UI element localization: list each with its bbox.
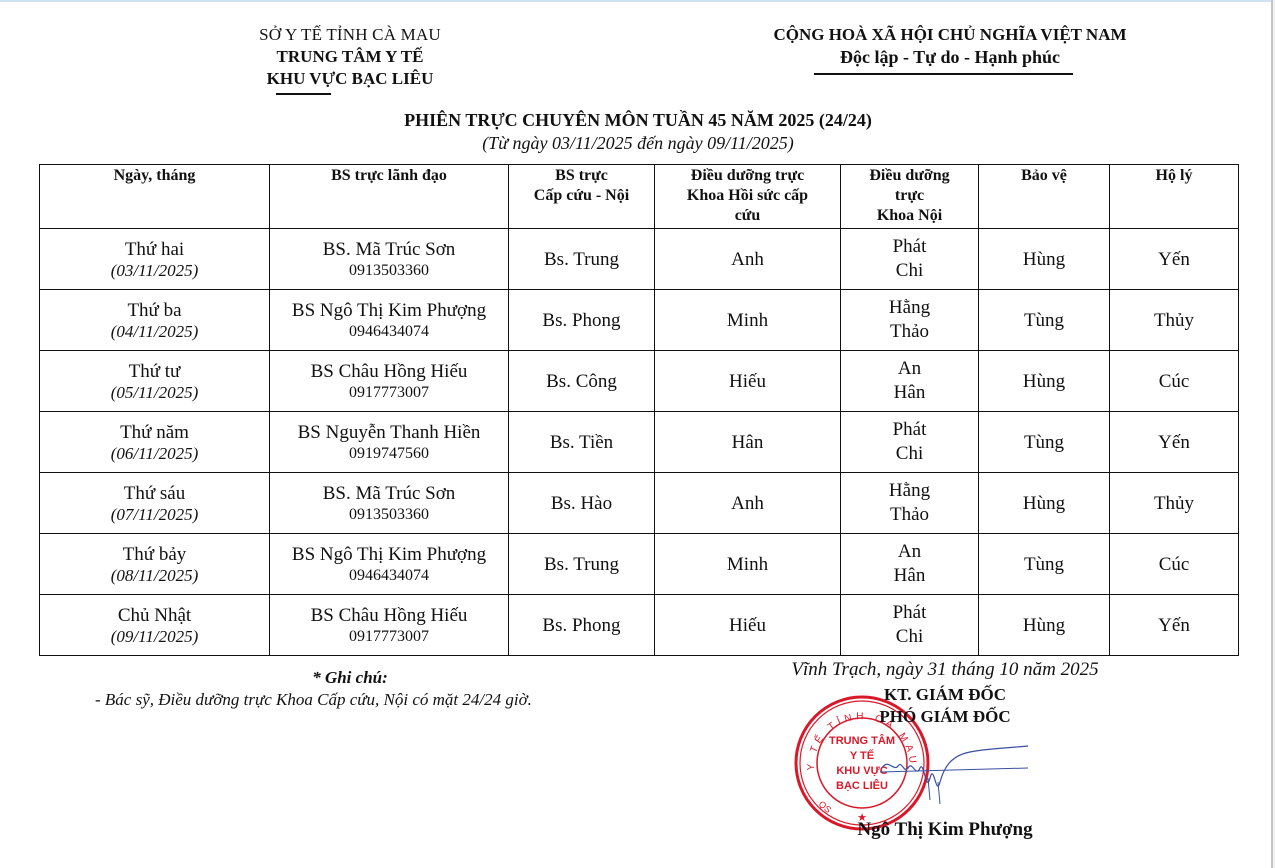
- column-header: Điều dưỡngtrựcKhoa Nội: [841, 165, 979, 229]
- icu-nurse-name: Hiếu: [655, 370, 840, 393]
- orderly-cell: Thủy: [1110, 473, 1239, 534]
- day-name: Thứ hai: [40, 238, 269, 261]
- internal-nurse-cell: PhátChi: [841, 229, 979, 290]
- leader-name: BS Ngô Thị Kim Phượng: [270, 543, 508, 566]
- icu-nurse-cell: Hiếu: [655, 351, 841, 412]
- column-header: Hộ lý: [1110, 165, 1239, 229]
- day-name: Thứ ba: [40, 299, 269, 322]
- center-region: KHU VỰC BẠC LIÊU: [200, 68, 500, 90]
- internal-nurse-name: Phát: [841, 601, 978, 625]
- leader-phone: 0946434074: [270, 322, 508, 342]
- er-doctor-cell: Bs. Phong: [509, 290, 655, 351]
- icu-nurse-cell: Hiếu: [655, 595, 841, 656]
- day-name: Thứ sáu: [40, 482, 269, 505]
- er-doctor-name: Bs. Phong: [509, 309, 654, 332]
- guard-name: Tùng: [979, 431, 1109, 454]
- table-row: Thứ ba(04/11/2025)BS Ngô Thị Kim Phượng0…: [40, 290, 1239, 351]
- day-cell: Thứ sáu(07/11/2025): [40, 473, 270, 534]
- internal-nurse-name: Phát: [841, 418, 978, 442]
- leader-name: BS Nguyễn Thanh Hiền: [270, 421, 508, 444]
- day-date: (09/11/2025): [40, 627, 269, 647]
- er-doctor-name: Bs. Hào: [509, 492, 654, 515]
- internal-nurse-name: Hằng: [841, 296, 978, 320]
- icu-nurse-name: Anh: [655, 492, 840, 515]
- column-header-text: Khoa Nội: [841, 206, 978, 226]
- column-header: BS trực lãnh đạo: [270, 165, 509, 229]
- guard-cell: Hùng: [979, 595, 1110, 656]
- day-cell: Thứ ba(04/11/2025): [40, 290, 270, 351]
- er-doctor-cell: Bs. Công: [509, 351, 655, 412]
- column-header-text: Bảo vệ: [979, 166, 1109, 186]
- table-row: Thứ hai(03/11/2025)BS. Mã Trúc Sơn091350…: [40, 229, 1239, 290]
- orderly-cell: Yến: [1110, 412, 1239, 473]
- guard-cell: Tùng: [979, 290, 1110, 351]
- column-header-text: Khoa Hồi sức cấp: [655, 186, 840, 206]
- leader-name: BS Ngô Thị Kim Phượng: [270, 299, 508, 322]
- leader-phone: 0946434074: [270, 566, 508, 586]
- internal-nurse-cell: PhátChi: [841, 412, 979, 473]
- icu-nurse-cell: Hân: [655, 412, 841, 473]
- leader-name: BS. Mã Trúc Sơn: [270, 482, 508, 505]
- leader-cell: BS Châu Hồng Hiếu0917773007: [270, 351, 509, 412]
- day-date: (07/11/2025): [40, 505, 269, 525]
- leader-cell: BS Châu Hồng Hiếu0917773007: [270, 595, 509, 656]
- guard-cell: Tùng: [979, 534, 1110, 595]
- document-subtitle: (Từ ngày 03/11/2025 đến ngày 09/11/2025): [300, 132, 976, 154]
- er-doctor-name: Bs. Công: [509, 370, 654, 393]
- icu-nurse-name: Minh: [655, 309, 840, 332]
- er-doctor-name: Bs. Trung: [509, 248, 654, 271]
- signer-name: Ngô Thị Kim Phượng: [800, 819, 1090, 841]
- icu-nurse-name: Anh: [655, 248, 840, 271]
- icu-nurse-name: Minh: [655, 553, 840, 576]
- er-doctor-cell: Bs. Tiền: [509, 412, 655, 473]
- orderly-cell: Yến: [1110, 595, 1239, 656]
- day-date: (08/11/2025): [40, 566, 269, 586]
- internal-nurse-name: Hằng: [841, 479, 978, 503]
- leader-cell: BS. Mã Trúc Sơn0913503360: [270, 229, 509, 290]
- er-doctor-cell: Bs. Phong: [509, 595, 655, 656]
- guard-name: Tùng: [979, 553, 1109, 576]
- internal-nurse-name: Phát: [841, 235, 978, 259]
- day-name: Thứ bảy: [40, 543, 269, 566]
- leader-cell: BS Nguyễn Thanh Hiền0919747560: [270, 412, 509, 473]
- document-title: PHIÊN TRỰC CHUYÊN MÔN TUẦN 45 NĂM 2025 (…: [300, 109, 976, 131]
- icu-nurse-cell: Minh: [655, 290, 841, 351]
- handwritten-signature: [880, 738, 1030, 808]
- orderly-name: Cúc: [1110, 553, 1238, 576]
- internal-nurse-cell: HằngThảo: [841, 473, 979, 534]
- day-cell: Thứ tư(05/11/2025): [40, 351, 270, 412]
- icu-nurse-cell: Anh: [655, 473, 841, 534]
- leader-phone: 0917773007: [270, 383, 508, 403]
- column-header-text: Ngày, tháng: [40, 166, 269, 186]
- column-header: Ngày, tháng: [40, 165, 270, 229]
- orderly-name: Yến: [1110, 431, 1238, 454]
- column-header-text: Hộ lý: [1110, 166, 1238, 186]
- internal-nurse-cell: PhátChi: [841, 595, 979, 656]
- internal-nurse-name: Chi: [841, 625, 978, 649]
- guard-name: Hùng: [979, 370, 1109, 393]
- day-cell: Thứ năm(06/11/2025): [40, 412, 270, 473]
- column-header-text: trực: [841, 186, 978, 206]
- orderly-cell: Cúc: [1110, 351, 1239, 412]
- icu-nurse-cell: Minh: [655, 534, 841, 595]
- table-row: Thứ sáu(07/11/2025)BS. Mã Trúc Sơn091350…: [40, 473, 1239, 534]
- er-doctor-name: Bs. Phong: [509, 614, 654, 637]
- leader-cell: BS. Mã Trúc Sơn0913503360: [270, 473, 509, 534]
- column-header-text: Điều dưỡng: [841, 166, 978, 186]
- leader-name: BS Châu Hồng Hiếu: [270, 360, 508, 383]
- internal-nurse-name: An: [841, 540, 978, 564]
- orderly-cell: Yến: [1110, 229, 1239, 290]
- leader-phone: 0913503360: [270, 261, 508, 281]
- note-title: * Ghi chú:: [240, 668, 460, 688]
- icu-nurse-name: Hiếu: [655, 614, 840, 637]
- er-doctor-name: Bs. Trung: [509, 553, 654, 576]
- day-name: Chủ Nhật: [40, 604, 269, 627]
- svg-text:Y TẾ: Y TẾ: [850, 749, 874, 762]
- internal-nurse-cell: AnHân: [841, 351, 979, 412]
- guard-name: Hùng: [979, 492, 1109, 515]
- day-date: (04/11/2025): [40, 322, 269, 342]
- leader-name: BS. Mã Trúc Sơn: [270, 238, 508, 261]
- center-name: TRUNG TÂM Y TẾ: [200, 46, 500, 68]
- note-text: - Bác sỹ, Điều dưỡng trực Khoa Cấp cứu, …: [95, 690, 532, 710]
- column-header: BS trựcCấp cứu - Nội: [509, 165, 655, 229]
- internal-nurse-cell: AnHân: [841, 534, 979, 595]
- day-cell: Thứ hai(03/11/2025): [40, 229, 270, 290]
- guard-name: Tùng: [979, 309, 1109, 332]
- column-header-text: Điều dưỡng trực: [655, 166, 840, 186]
- internal-nurse-name: Thảo: [841, 503, 978, 527]
- guard-name: Hùng: [979, 248, 1109, 271]
- table-row: Thứ tư(05/11/2025)BS Châu Hồng Hiếu09177…: [40, 351, 1239, 412]
- agency-header: SỞ Y TẾ TỈNH CÀ MAU TRUNG TÂM Y TẾ KHU V…: [200, 24, 500, 90]
- agency-underline: [276, 93, 331, 95]
- place-and-date: Vĩnh Trạch, ngày 31 tháng 10 năm 2025: [760, 659, 1130, 681]
- guard-cell: Hùng: [979, 229, 1110, 290]
- country-name: CỘNG HOÀ XÃ HỘI CHỦ NGHĨA VIỆT NAM: [700, 24, 1200, 46]
- orderly-name: Yến: [1110, 614, 1238, 637]
- table-row: Thứ bảy(08/11/2025)BS Ngô Thị Kim Phượng…: [40, 534, 1239, 595]
- guard-cell: Hùng: [979, 473, 1110, 534]
- er-doctor-cell: Bs. Trung: [509, 534, 655, 595]
- orderly-name: Cúc: [1110, 370, 1238, 393]
- day-cell: Chủ Nhật(09/11/2025): [40, 595, 270, 656]
- guard-cell: Hùng: [979, 351, 1110, 412]
- day-date: (06/11/2025): [40, 444, 269, 464]
- orderly-cell: Thủy: [1110, 290, 1239, 351]
- day-cell: Thứ bảy(08/11/2025): [40, 534, 270, 595]
- orderly-name: Thủy: [1110, 492, 1238, 515]
- leader-cell: BS Ngô Thị Kim Phượng0946434074: [270, 534, 509, 595]
- column-header-text: cứu: [655, 206, 840, 226]
- department-name: SỞ Y TẾ TỈNH CÀ MAU: [200, 24, 500, 46]
- column-header-text: BS trực lãnh đạo: [270, 166, 508, 186]
- guard-cell: Tùng: [979, 412, 1110, 473]
- day-date: (03/11/2025): [40, 261, 269, 281]
- er-doctor-name: Bs. Tiền: [509, 431, 654, 454]
- duty-schedule-table: Ngày, thángBS trực lãnh đạoBS trựcCấp cứ…: [39, 164, 1239, 656]
- signer-role-line2: PHÓ GIÁM ĐỐC: [800, 707, 1090, 727]
- day-name: Thứ năm: [40, 421, 269, 444]
- leader-phone: 0913503360: [270, 505, 508, 525]
- er-doctor-cell: Bs. Hào: [509, 473, 655, 534]
- guard-name: Hùng: [979, 614, 1109, 637]
- column-header: Bảo vệ: [979, 165, 1110, 229]
- internal-nurse-name: Hân: [841, 564, 978, 588]
- table-header-row: Ngày, thángBS trực lãnh đạoBS trựcCấp cứ…: [40, 165, 1239, 229]
- icu-nurse-cell: Anh: [655, 229, 841, 290]
- internal-nurse-name: Chi: [841, 259, 978, 283]
- column-header-text: BS trực: [509, 166, 654, 186]
- day-name: Thứ tư: [40, 360, 269, 383]
- column-header: Điều dưỡng trựcKhoa Hồi sức cấpcứu: [655, 165, 841, 229]
- table-row: Thứ năm(06/11/2025)BS Nguyễn Thanh Hiền0…: [40, 412, 1239, 473]
- internal-nurse-name: Chi: [841, 442, 978, 466]
- column-header-text: Cấp cứu - Nội: [509, 186, 654, 206]
- national-header: CỘNG HOÀ XÃ HỘI CHỦ NGHĨA VIỆT NAM Độc l…: [700, 24, 1200, 68]
- orderly-cell: Cúc: [1110, 534, 1239, 595]
- leader-cell: BS Ngô Thị Kim Phượng0946434074: [270, 290, 509, 351]
- internal-nurse-name: Thảo: [841, 320, 978, 344]
- leader-name: BS Châu Hồng Hiếu: [270, 604, 508, 627]
- er-doctor-cell: Bs. Trung: [509, 229, 655, 290]
- internal-nurse-cell: HằngThảo: [841, 290, 979, 351]
- leader-phone: 0917773007: [270, 627, 508, 647]
- internal-nurse-name: An: [841, 357, 978, 381]
- leader-phone: 0919747560: [270, 444, 508, 464]
- table-row: Chủ Nhật(09/11/2025)BS Châu Hồng Hiếu091…: [40, 595, 1239, 656]
- orderly-name: Yến: [1110, 248, 1238, 271]
- national-motto: Độc lập - Tự do - Hạnh phúc: [700, 46, 1200, 68]
- window-top-edge: [0, 0, 1275, 2]
- orderly-name: Thủy: [1110, 309, 1238, 332]
- motto-underline: [814, 73, 1073, 75]
- signer-role-line1: KT. GIÁM ĐỐC: [800, 685, 1090, 705]
- internal-nurse-name: Hân: [841, 381, 978, 405]
- icu-nurse-name: Hân: [655, 431, 840, 454]
- day-date: (05/11/2025): [40, 383, 269, 403]
